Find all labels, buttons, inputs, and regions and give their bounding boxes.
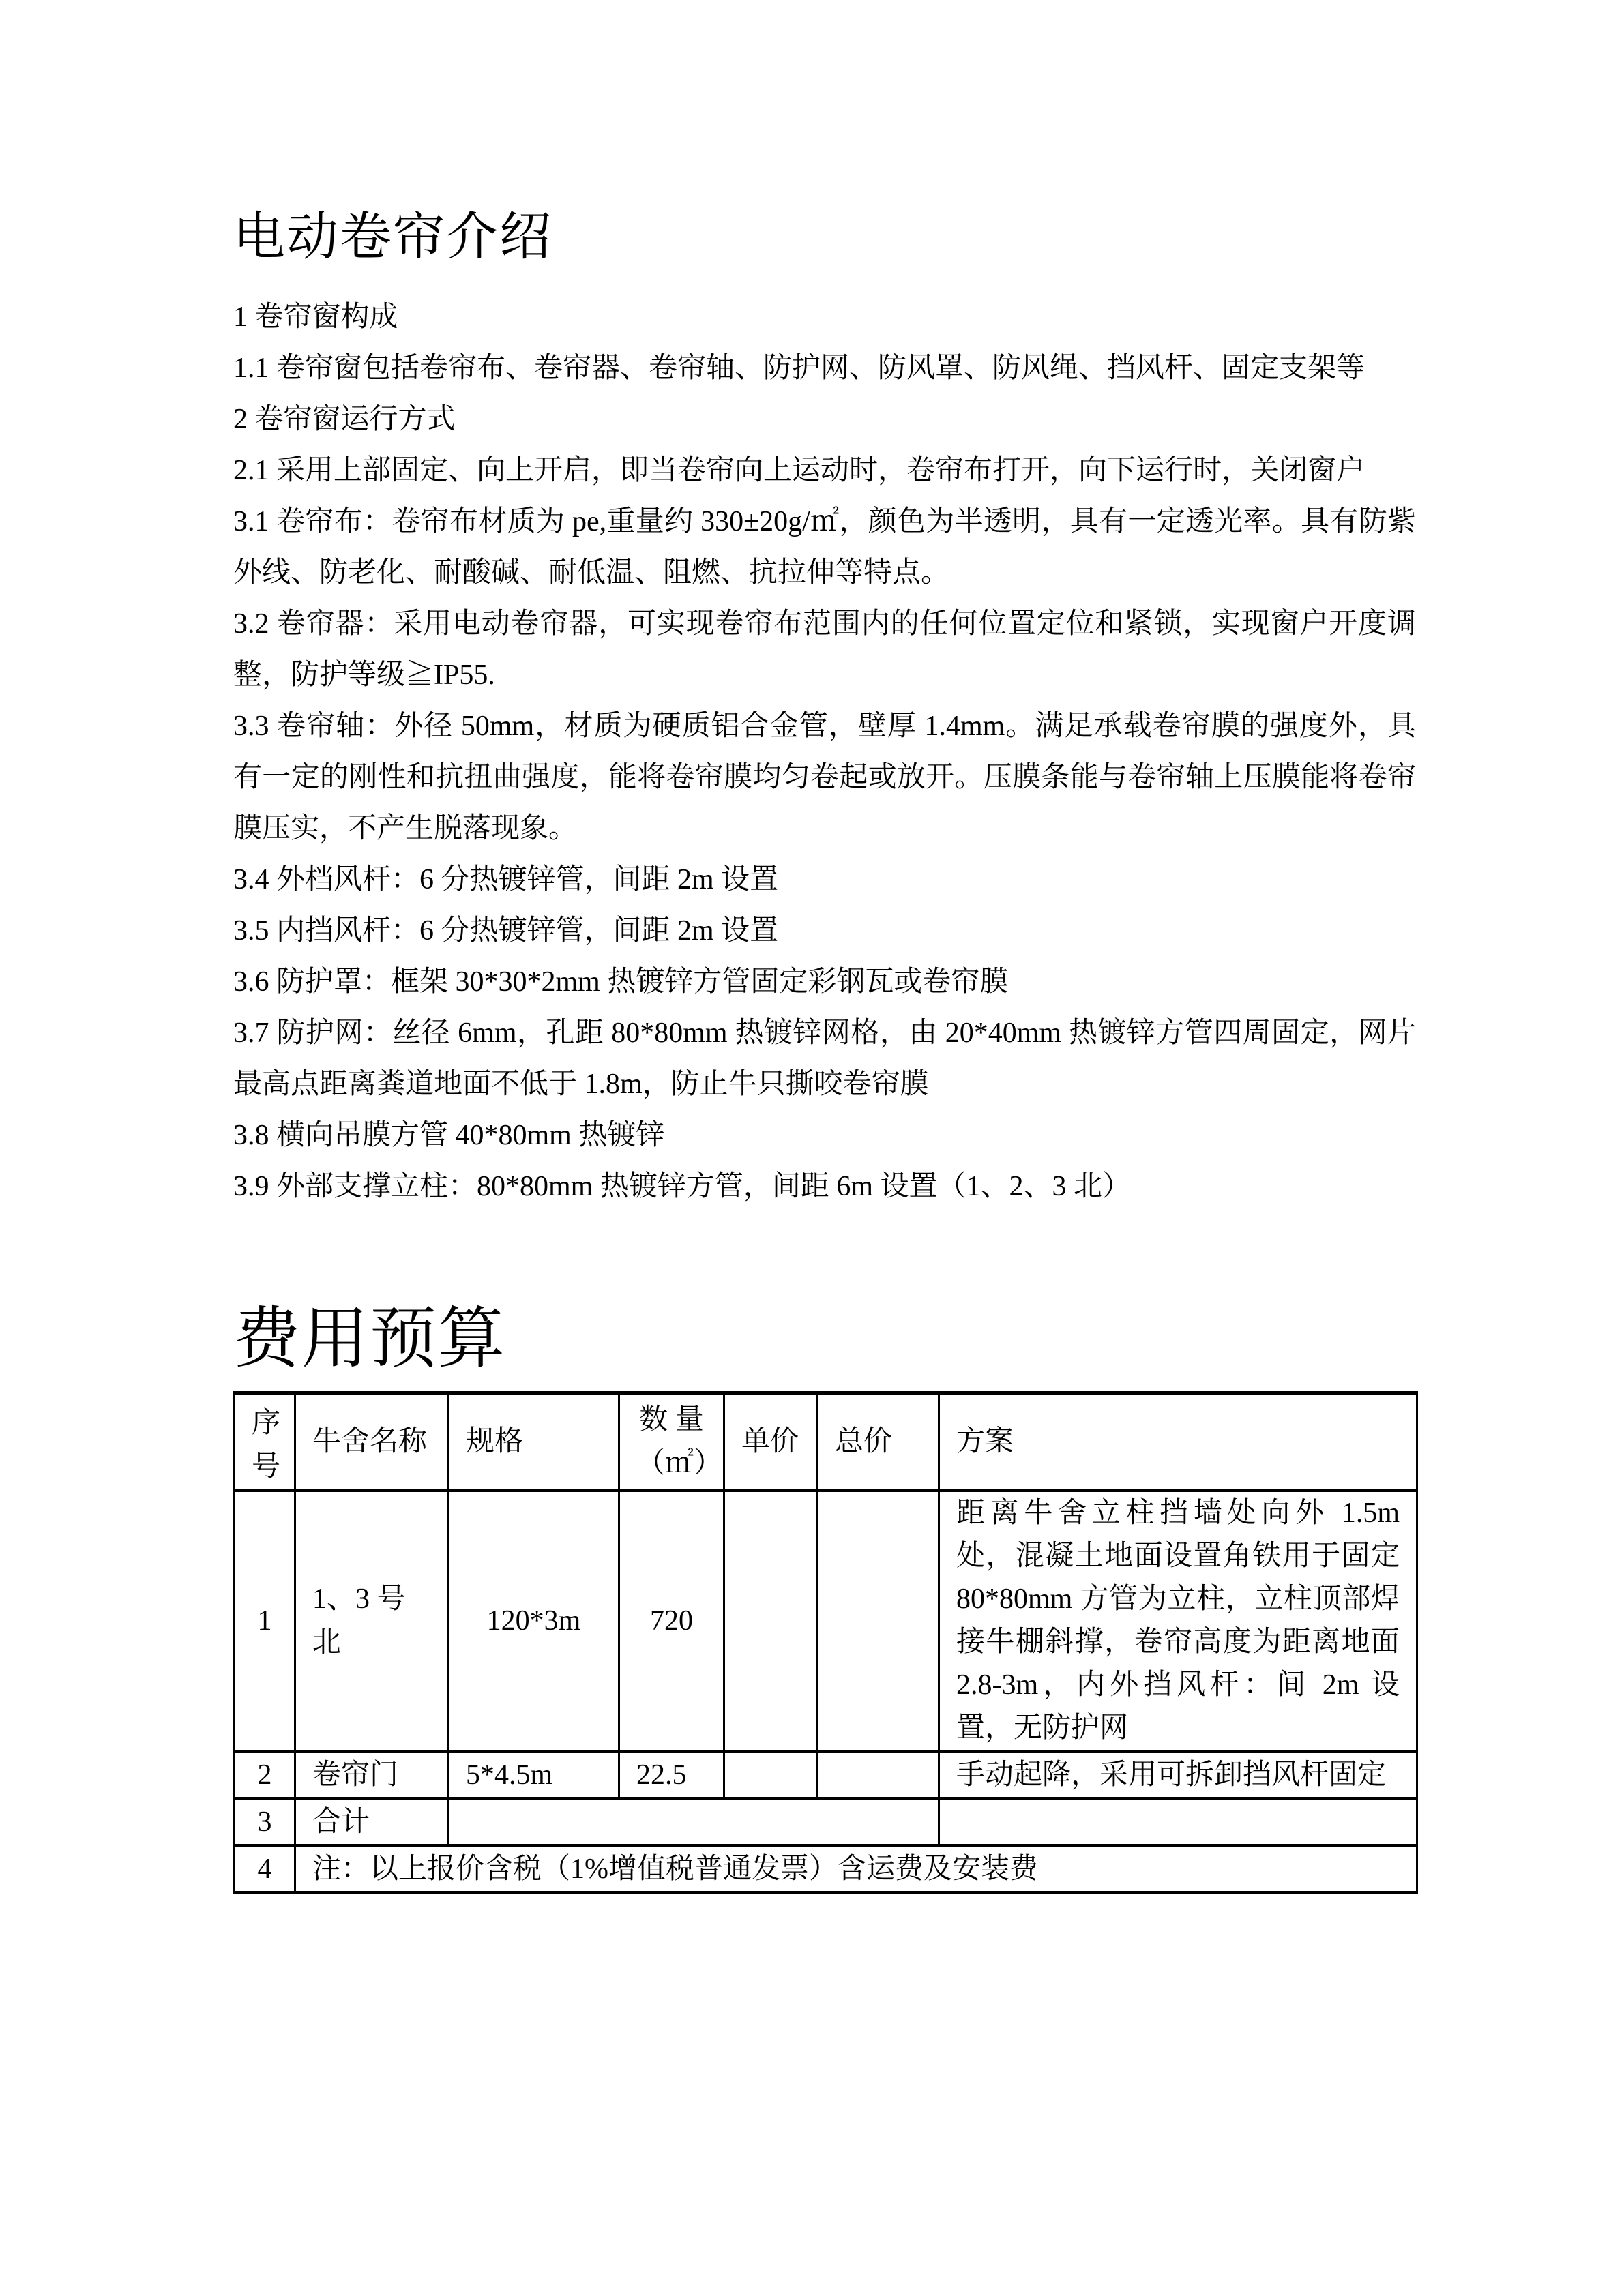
paragraph-3-2: 3.2 卷帘器：采用电动卷帘器，可实现卷帘布范围内的任何位置定位和紧锁，实现窗户… — [233, 599, 1416, 701]
paragraph-3-8: 3.8 横向吊膜方管 40*80mm 热镀锌 — [233, 1110, 1416, 1161]
header-seq: 序号 — [235, 1393, 295, 1491]
header-plan: 方案 — [939, 1393, 1417, 1491]
paragraph-3-7: 3.7 防护网：丝径 6mm，孔距 80*80mm 热镀锌网格，由 20*40m… — [233, 1008, 1416, 1110]
cell-quantity: 720 — [619, 1491, 724, 1752]
header-quantity: 数 量 （㎡） — [619, 1393, 724, 1491]
cell-total-price — [818, 1752, 939, 1799]
table-row-2: 2 卷帘门 5*4.5m 22.5 手动起降，采用可拆卸挡风杆固定 — [235, 1752, 1417, 1799]
header-total-price: 总价 — [818, 1393, 939, 1491]
cell-quantity: 22.5 — [619, 1752, 724, 1799]
cell-barn-name: 1、3 号北 — [295, 1491, 449, 1752]
budget-title: 费用预算 — [233, 1298, 506, 1380]
document-page: 电动卷帘介绍 1 卷帘窗构成 1.1 卷帘窗包括卷帘布、卷帘器、卷帘轴、防护网、… — [0, 0, 1624, 2296]
cell-seq: 4 — [235, 1846, 295, 1893]
cell-unit-price — [724, 1491, 818, 1752]
cell-barn-name: 卷帘门 — [295, 1752, 449, 1799]
header-barn-name: 牛舍名称 — [295, 1393, 449, 1491]
paragraph-1-1: 1.1 卷帘窗包括卷帘布、卷帘器、卷帘轴、防护网、防风罩、防风绳、挡风杆、固定支… — [233, 343, 1416, 394]
cell-plan: 距离牛舍立柱挡墙处向外 1.5m 处，混凝土地面设置角铁用于固定 80*80mm… — [939, 1491, 1417, 1752]
paragraph-3-5: 3.5 内挡风杆：6 分热镀锌管，间距 2m 设置 — [233, 906, 1416, 957]
cell-seq: 1 — [235, 1491, 295, 1752]
paragraph-3-6: 3.6 防护罩：框架 30*30*2mm 热镀锌方管固定彩钢瓦或卷帘膜 — [233, 957, 1416, 1008]
paragraph-3-1: 3.1 卷帘布：卷帘布材质为 pe,重量约 330±20g/㎡，颜色为半透明，具… — [233, 496, 1416, 599]
table-row-4: 4 注：以上报价含税（1%增值税普通发票）含运费及安装费 — [235, 1846, 1417, 1893]
paragraph-1: 1 卷帘窗构成 — [233, 292, 1416, 343]
cell-plan: 手动起降，采用可拆卸挡风杆固定 — [939, 1752, 1417, 1799]
paragraph-3-3: 3.3 卷帘轴：外径 50mm，材质为硬质铝合金管，壁厚 1.4mm。满足承载卷… — [233, 701, 1416, 854]
cell-total-merged — [449, 1799, 939, 1846]
paragraph-2: 2 卷帘窗运行方式 — [233, 394, 1416, 445]
paragraph-2-1: 2.1 采用上部固定、向上开启，即当卷帘向上运动时，卷帘布打开，向下运行时，关闭… — [233, 445, 1416, 496]
header-spec: 规格 — [449, 1393, 619, 1491]
table-row-1: 1 1、3 号北 120*3m 720 距离牛舍立柱挡墙处向外 1.5m 处，混… — [235, 1491, 1417, 1752]
cell-spec: 5*4.5m — [449, 1752, 619, 1799]
cell-spec: 120*3m — [449, 1491, 619, 1752]
paragraph-3-9: 3.9 外部支撑立柱：80*80mm 热镀锌方管，间距 6m 设置（1、2、3 … — [233, 1161, 1416, 1212]
table-row-3: 3 合计 — [235, 1799, 1417, 1846]
cell-total-price — [818, 1491, 939, 1752]
cell-total-label: 合计 — [295, 1799, 449, 1846]
cell-unit-price — [724, 1752, 818, 1799]
intro-title: 电动卷帘介绍 — [233, 205, 552, 270]
cell-seq: 2 — [235, 1752, 295, 1799]
header-unit-price: 单价 — [724, 1393, 818, 1491]
cell-seq: 3 — [235, 1799, 295, 1846]
budget-table: 序号 牛舍名称 规格 数 量 （㎡） 单价 总价 方案 1 1、3 号北 120… — [233, 1391, 1418, 1894]
intro-paragraphs: 1 卷帘窗构成 1.1 卷帘窗包括卷帘布、卷帘器、卷帘轴、防护网、防风罩、防风绳… — [233, 292, 1416, 1212]
table-header-row: 序号 牛舍名称 规格 数 量 （㎡） 单价 总价 方案 — [235, 1393, 1417, 1491]
paragraph-3-4: 3.4 外档风杆：6 分热镀锌管，间距 2m 设置 — [233, 854, 1416, 906]
cell-plan — [939, 1799, 1417, 1846]
cell-note: 注：以上报价含税（1%增值税普通发票）含运费及安装费 — [295, 1846, 1417, 1893]
